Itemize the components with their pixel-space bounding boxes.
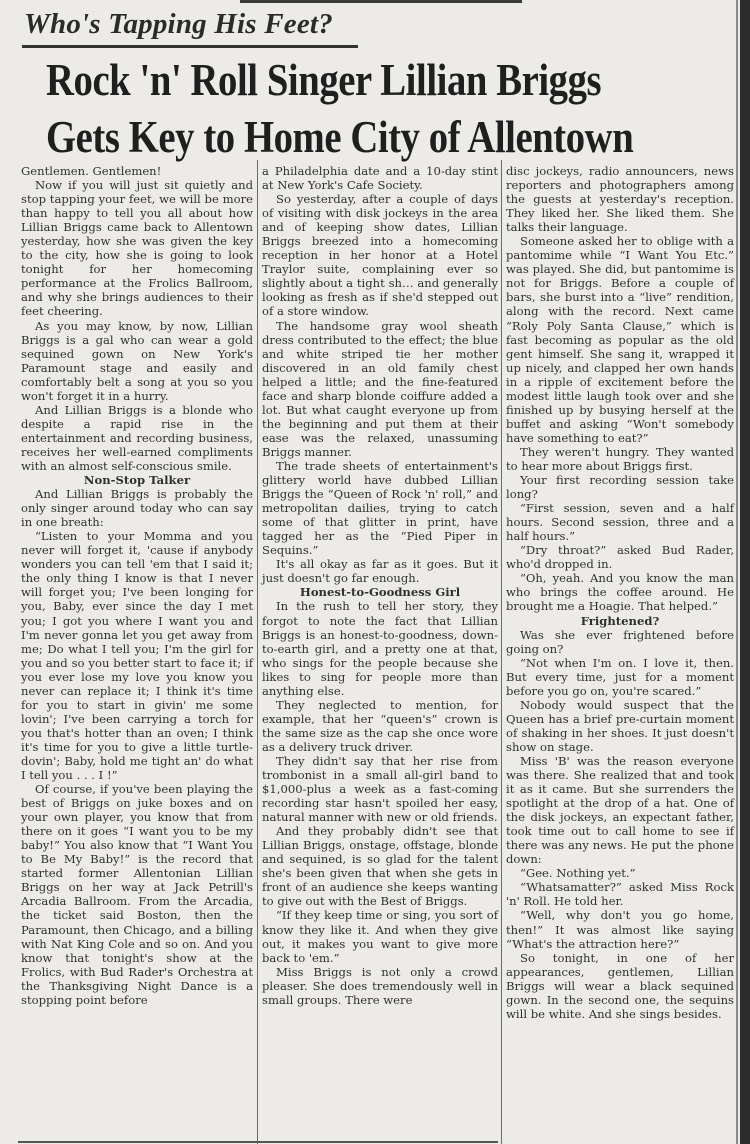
paragraph: “Gee. Nothing yet.” <box>506 866 734 880</box>
paragraph: “Well, why don't you go home, then!” It … <box>506 908 734 950</box>
article-column-2: a Philadelphia date and a 10-day stint a… <box>262 164 498 1007</box>
main-headline: Rock 'n' Roll Singer Lillian Briggs Gets… <box>46 52 639 166</box>
kicker-headline: Who's Tapping His Feet? <box>24 8 333 41</box>
column-divider <box>257 160 258 1144</box>
paragraph: Miss Briggs is not only a crowd pleaser.… <box>262 965 498 1007</box>
paragraph: The handsome gray wool sheath dress cont… <box>262 319 498 459</box>
article-column-1: Gentlemen. Gentlemen!Now if you will jus… <box>21 164 253 1007</box>
paragraph: They weren't hungry. They wanted to hear… <box>506 445 734 473</box>
paragraph: Now if you will just sit quietly and sto… <box>21 178 253 318</box>
paragraph: “Not when I'm on. I love it, then. But e… <box>506 656 734 698</box>
kicker-underline <box>22 45 358 48</box>
paragraph: So yesterday, after a couple of days of … <box>262 192 498 318</box>
paragraph: Someone asked her to oblige with a panto… <box>506 234 734 445</box>
paragraph: As you may know, by now, Lillian Briggs … <box>21 319 253 403</box>
paragraph: Gentlemen. Gentlemen! <box>21 164 253 178</box>
paragraph: disc jockeys, radio announcers, news rep… <box>506 164 734 234</box>
paragraph: “First session, seven and a half hours. … <box>506 501 734 543</box>
column-divider <box>501 160 502 1144</box>
paragraph: “Dry throat?” asked Bud Rader, who'd dro… <box>506 543 734 571</box>
paragraph: And Lillian Briggs is a blonde who despi… <box>21 403 253 473</box>
paragraph: Was she ever frightened before going on? <box>506 628 734 656</box>
paragraph: “If they keep time or sing, you sort of … <box>262 908 498 964</box>
paragraph: a Philadelphia date and a 10-day stint a… <box>262 164 498 192</box>
paragraph: “Listen to your Momma and you never will… <box>21 529 253 782</box>
paragraph: Your first recording session take long? <box>506 473 734 501</box>
paragraph: Nobody would suspect that the Queen has … <box>506 698 734 754</box>
bottom-rule <box>18 1141 498 1143</box>
paragraph: They neglected to mention, for example, … <box>262 698 498 754</box>
right-border-line <box>736 0 738 1144</box>
article-column-3: disc jockeys, radio announcers, news rep… <box>506 164 734 1021</box>
paragraph: So tonight, in one of her appearances, g… <box>506 951 734 1021</box>
right-page-edge <box>740 0 750 1144</box>
headline-line-2: Gets Key to Home City of Allentown <box>46 109 639 166</box>
paragraph: And they probably didn't see that Lillia… <box>262 824 498 908</box>
subheading: Frightened? <box>506 614 734 628</box>
paragraph: It's all okay as far as it goes. But it … <box>262 557 498 585</box>
paragraph: Miss 'B' was the reason everyone was the… <box>506 754 734 866</box>
subheading: Honest-to-Goodness Girl <box>262 585 498 599</box>
newspaper-clipping: Who's Tapping His Feet? Rock 'n' Roll Si… <box>0 0 750 1144</box>
paragraph: “Oh, yeah. And you know the man who brin… <box>506 571 734 613</box>
paragraph: The trade sheets of entertainment's glit… <box>262 459 498 557</box>
paragraph: “Whatsamatter?” asked Miss Rock 'n' Roll… <box>506 880 734 908</box>
paragraph: Of course, if you've been playing the be… <box>21 782 253 1007</box>
paragraph: In the rush to tell her story, they forg… <box>262 599 498 697</box>
subheading: Non-Stop Talker <box>21 473 253 487</box>
top-rule <box>240 0 522 3</box>
paragraph: They didn't say that her rise from tromb… <box>262 754 498 824</box>
headline-line-1: Rock 'n' Roll Singer Lillian Briggs <box>46 52 639 109</box>
paragraph: And Lillian Briggs is probably the only … <box>21 487 253 529</box>
